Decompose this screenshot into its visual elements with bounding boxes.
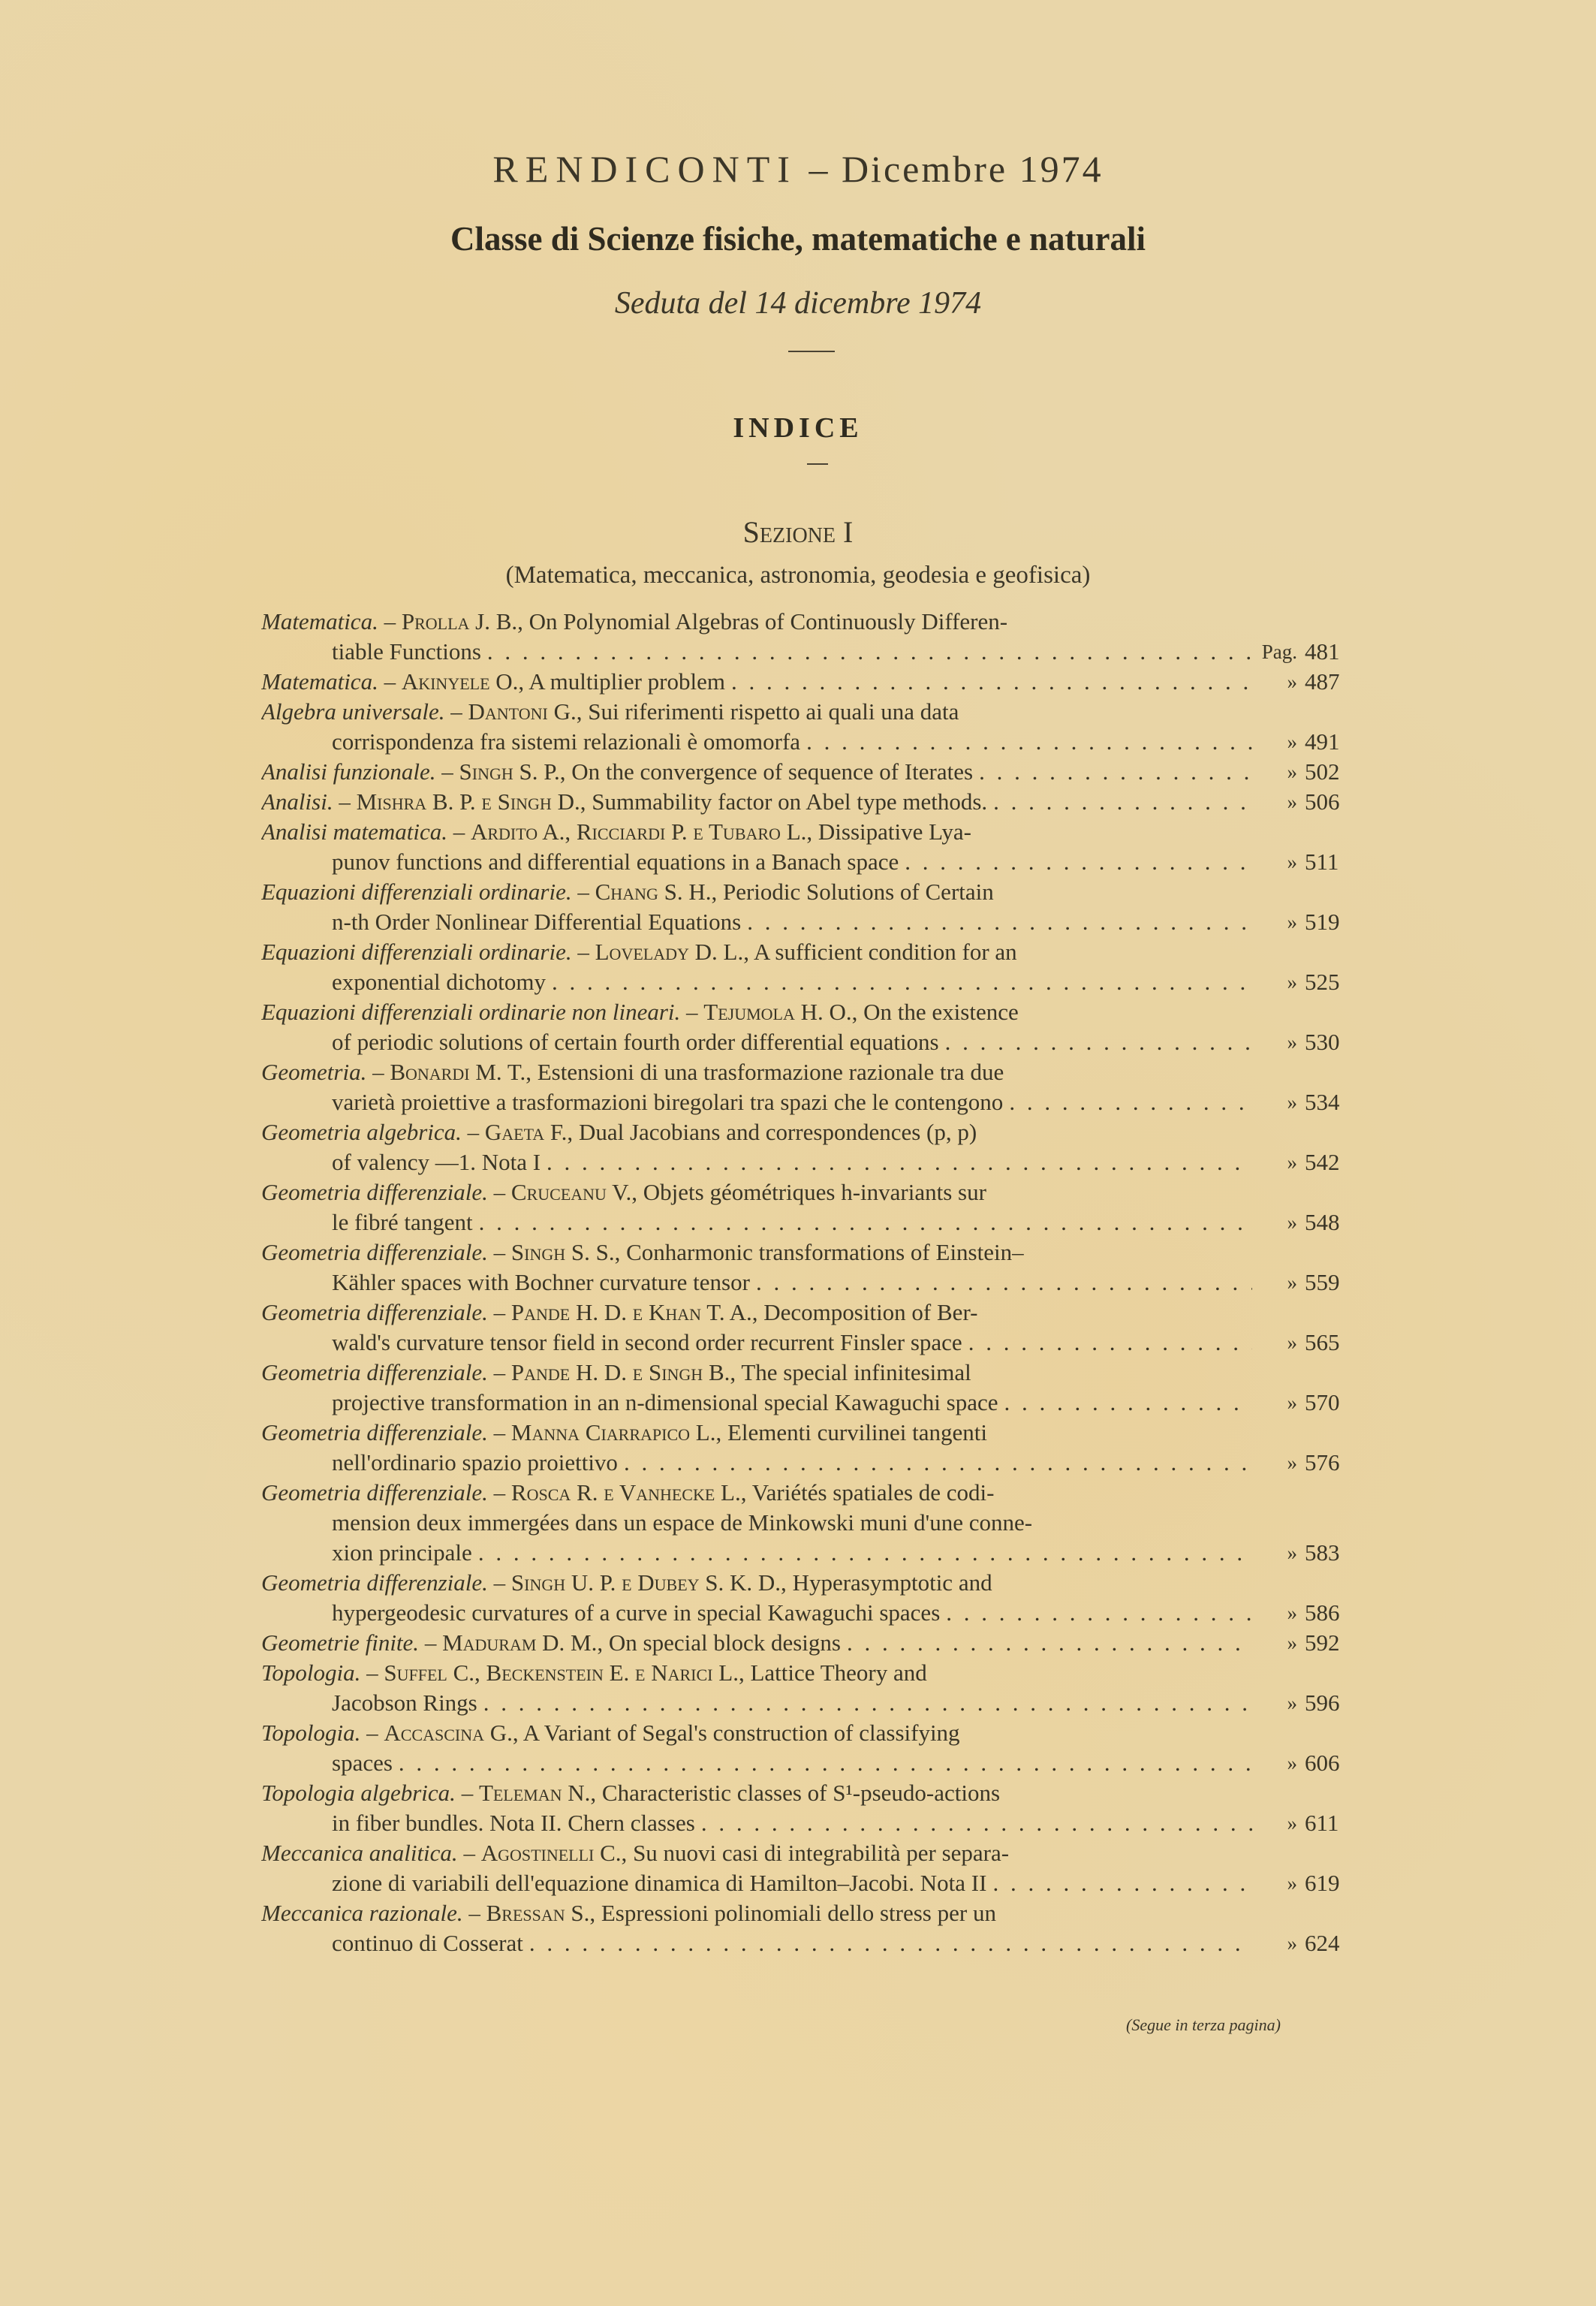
page-number: 530 bbox=[1305, 1027, 1357, 1057]
entry-title: xion principale bbox=[332, 1538, 472, 1568]
entry-category: Matematica. bbox=[261, 668, 378, 695]
toc-entry[interactable]: Geometria differenziale. – Singh U. P. e… bbox=[261, 1568, 1357, 1628]
entry-first-line: Geometria algebrica. – Gaeta F., Dual Ja… bbox=[261, 1117, 1252, 1147]
entry-authors: Rosca R. e Vanhecke L., bbox=[511, 1479, 747, 1506]
leader-dots bbox=[529, 1928, 1252, 1958]
entry-continuation-line: of periodic solutions of certain fourth … bbox=[261, 1027, 1252, 1057]
class-title: Classe di Scienze fisiche, matematiche e… bbox=[0, 219, 1596, 258]
entry-first-line: Geometria differenziale. – Manna Ciarrap… bbox=[261, 1418, 1252, 1448]
leader-dots bbox=[624, 1448, 1252, 1478]
entry-continuation-line: continuo di Cosserat bbox=[261, 1928, 1252, 1958]
entry-category: Topologia. bbox=[261, 1659, 360, 1686]
page-number: 542 bbox=[1305, 1147, 1357, 1177]
session-date: Seduta del 14 dicembre 1974 bbox=[0, 285, 1596, 321]
page-number: 487 bbox=[1305, 667, 1357, 697]
entry-continuation-line: Kähler spaces with Bochner curvature ten… bbox=[261, 1268, 1252, 1298]
ditto-mark: » bbox=[1245, 1328, 1297, 1358]
entry-title: Characteristic classes of S¹-pseudo-acti… bbox=[596, 1780, 1000, 1806]
entry-continuation-line: zione di variabili dell'equazione dinami… bbox=[261, 1868, 1252, 1898]
entry-title: A sufficient condition for an bbox=[749, 939, 1017, 965]
toc-entry[interactable]: Topologia. – Suffel C., Beckenstein E. e… bbox=[261, 1658, 1357, 1718]
entry-title: le fibré tangent bbox=[332, 1207, 473, 1237]
entry-title: mension deux immergées dans un espace de… bbox=[332, 1508, 1032, 1538]
entry-category: Matematica. bbox=[261, 608, 378, 635]
entry-title: of periodic solutions of certain fourth … bbox=[332, 1027, 939, 1057]
entry-title: Kähler spaces with Bochner curvature ten… bbox=[332, 1268, 750, 1298]
toc-entry[interactable]: Geometria. – Bonardi M. T., Estensioni d… bbox=[261, 1057, 1357, 1117]
page-reference: »511 bbox=[1245, 847, 1357, 877]
leader-dots bbox=[479, 1207, 1252, 1237]
entry-category: Topologia. bbox=[261, 1720, 360, 1746]
page-number: 559 bbox=[1305, 1268, 1357, 1298]
entry-category: Geometria differenziale. bbox=[261, 1299, 488, 1325]
ditto-mark: » bbox=[1245, 907, 1297, 937]
entry-first-line: Algebra universale. – Dantoni G., Sui ri… bbox=[261, 697, 1252, 727]
leader-dots bbox=[847, 1628, 1252, 1658]
ditto-mark: » bbox=[1245, 1388, 1297, 1418]
page-number: 606 bbox=[1305, 1748, 1357, 1778]
page-reference: »583 bbox=[1245, 1538, 1357, 1568]
page-number: 534 bbox=[1305, 1087, 1357, 1117]
entry-title: The special infinitesimal bbox=[736, 1359, 971, 1385]
entry-authors: Accascina G., bbox=[384, 1720, 518, 1746]
entry-title: Dual Jacobians and correspondences (p, p… bbox=[573, 1119, 977, 1145]
ditto-mark: » bbox=[1245, 1748, 1297, 1778]
divider bbox=[807, 463, 828, 465]
page-reference: »606 bbox=[1245, 1748, 1357, 1778]
entry-first-line: Equazioni differenziali ordinarie. – Lov… bbox=[261, 937, 1252, 967]
page-reference: »596 bbox=[1245, 1688, 1357, 1718]
leader-dots bbox=[1004, 1388, 1253, 1418]
page-reference: »559 bbox=[1245, 1268, 1357, 1298]
page-reference: »534 bbox=[1245, 1087, 1357, 1117]
leader-dots bbox=[945, 1027, 1252, 1057]
entry-continuation-line: spaces bbox=[261, 1748, 1252, 1778]
page-reference: »570 bbox=[1245, 1388, 1357, 1418]
toc-entry[interactable]: Geometria differenziale. – Pande H. D. e… bbox=[261, 1358, 1357, 1418]
ditto-mark: » bbox=[1245, 667, 1297, 697]
entry-category: Topologia algebrica. bbox=[261, 1780, 456, 1806]
continuation-note: (Segue in terza pagina) bbox=[1126, 2015, 1281, 2035]
entry-category: Geometria. bbox=[261, 1059, 366, 1085]
leader-dots bbox=[1009, 1087, 1252, 1117]
entry-authors: Prolla J. B., bbox=[402, 608, 523, 635]
entry-authors: Singh U. P. e Dubey S. K. D., bbox=[511, 1569, 787, 1596]
entry-title: Objets géométriques h-invariants sur bbox=[637, 1179, 986, 1205]
ditto-mark: » bbox=[1245, 1688, 1297, 1718]
ditto-mark: » bbox=[1245, 1808, 1297, 1838]
toc-entry[interactable]: Matematica. – Prolla J. B., On Polynomia… bbox=[261, 607, 1357, 667]
table-of-contents: Matematica. – Prolla J. B., On Polynomia… bbox=[261, 607, 1357, 1958]
entry-first-line: Topologia. – Suffel C., Beckenstein E. e… bbox=[261, 1658, 1252, 1688]
entry-authors: Pande H. D. e Singh B., bbox=[511, 1359, 736, 1385]
page-number: 502 bbox=[1305, 757, 1357, 787]
entry-authors: Mishra B. P. e Singh D., bbox=[357, 788, 586, 815]
entry-category: Equazioni differenziali ordinarie. bbox=[261, 879, 572, 905]
entry-category: Geometria differenziale. bbox=[261, 1239, 488, 1265]
ditto-mark: » bbox=[1245, 1147, 1297, 1177]
entry-title: Elementi curvilinei tangenti bbox=[721, 1419, 987, 1445]
entry-continuation-line: nell'ordinario spazio proiettivo bbox=[261, 1448, 1252, 1478]
entry-category: Analisi funzionale. bbox=[261, 758, 436, 785]
toc-entry[interactable]: Geometria differenziale. – Rosca R. e Va… bbox=[261, 1478, 1357, 1568]
entry-authors: Chang S. H., bbox=[595, 879, 718, 905]
page-reference: »502 bbox=[1245, 757, 1357, 787]
entry-title: zione di variabili dell'equazione dinami… bbox=[332, 1868, 986, 1898]
entry-title: Lattice Theory and bbox=[745, 1659, 927, 1686]
entry-first-line: Analisi matematica. – Ardito A., Ricciar… bbox=[261, 817, 1252, 847]
entry-category: Geometria algebrica. bbox=[261, 1119, 462, 1145]
page-reference: »586 bbox=[1245, 1598, 1357, 1628]
entry-first-line: Geometria differenziale. – Rosca R. e Va… bbox=[261, 1478, 1252, 1508]
page-reference: »624 bbox=[1245, 1928, 1357, 1958]
entry-authors: Bonardi M. T., bbox=[390, 1059, 531, 1085]
toc-entry[interactable]: Geometria differenziale. – Pande H. D. e… bbox=[261, 1298, 1357, 1358]
toc-entry[interactable]: Equazioni differenziali ordinarie non li… bbox=[261, 997, 1357, 1057]
entry-title: projective transformation in an n-dimens… bbox=[332, 1388, 998, 1418]
leader-dots bbox=[946, 1598, 1252, 1628]
entry-first-line: Matematica. – Akinyele O., A multiplier … bbox=[261, 667, 1252, 697]
entry-title: Conharmonic transformations of Einstein– bbox=[620, 1239, 1023, 1265]
entry-category: Geometria differenziale. bbox=[261, 1179, 488, 1205]
page-reference: Pag.481 bbox=[1245, 637, 1357, 667]
ditto-mark: » bbox=[1245, 1448, 1297, 1478]
leader-dots bbox=[905, 847, 1252, 877]
entry-category: Geometria differenziale. bbox=[261, 1569, 488, 1596]
page-label: Pag. bbox=[1245, 637, 1297, 667]
leader-dots bbox=[968, 1328, 1252, 1358]
leader-dots bbox=[992, 1868, 1252, 1898]
entry-authors: Manna Ciarrapico L., bbox=[511, 1419, 721, 1445]
leader-dots bbox=[806, 727, 1252, 757]
page-number: 619 bbox=[1305, 1868, 1357, 1898]
toc-entry[interactable]: Analisi matematica. – Ardito A., Ricciar… bbox=[261, 817, 1357, 877]
page-number: 491 bbox=[1305, 727, 1357, 757]
entry-title: wald's curvature tensor field in second … bbox=[332, 1328, 962, 1358]
entry-authors: Singh S. S., bbox=[511, 1239, 620, 1265]
page-reference: »506 bbox=[1245, 787, 1357, 817]
toc-entry[interactable]: Geometria algebrica. – Gaeta F., Dual Ja… bbox=[261, 1117, 1357, 1177]
page-reference: »491 bbox=[1245, 727, 1357, 757]
entry-category: Geometria differenziale. bbox=[261, 1479, 488, 1506]
entry-continuation-line: exponential dichotomy bbox=[261, 967, 1252, 997]
ditto-mark: » bbox=[1245, 847, 1297, 877]
entry-category: Meccanica analitica. bbox=[261, 1840, 458, 1866]
entry-first-line: Geometrie finite. – Maduram D. M., On sp… bbox=[261, 1628, 1252, 1658]
entry-category: Equazioni differenziali ordinarie non li… bbox=[261, 999, 680, 1025]
entry-title: Hyperasymptotic and bbox=[787, 1569, 992, 1596]
ditto-mark: » bbox=[1245, 1087, 1297, 1117]
leader-dots bbox=[552, 967, 1252, 997]
entry-continuation-line: hypergeodesic curvatures of a curve in s… bbox=[261, 1598, 1252, 1628]
ditto-mark: » bbox=[1245, 1538, 1297, 1568]
entry-title: Jacobson Rings bbox=[332, 1688, 477, 1718]
page-number: 570 bbox=[1305, 1388, 1357, 1418]
page-number: 481 bbox=[1305, 637, 1357, 667]
entry-first-line: Geometria differenziale. – Pande H. D. e… bbox=[261, 1298, 1252, 1328]
page-reference: »619 bbox=[1245, 1868, 1357, 1898]
journal-header: RENDICONTI – Dicembre 1974 bbox=[0, 147, 1596, 191]
entry-authors: Tejumola H. O., bbox=[703, 999, 857, 1025]
page-reference: »565 bbox=[1245, 1328, 1357, 1358]
page-number: 506 bbox=[1305, 787, 1357, 817]
entry-title: Periodic Solutions of Certain bbox=[717, 879, 994, 905]
ditto-mark: » bbox=[1245, 1027, 1297, 1057]
leader-dots bbox=[478, 1538, 1252, 1568]
entry-continuation-line: projective transformation in an n-dimens… bbox=[261, 1388, 1252, 1418]
toc-entry[interactable]: Equazioni differenziali ordinarie. – Cha… bbox=[261, 877, 1357, 937]
ditto-mark: » bbox=[1245, 757, 1297, 787]
entry-title: Dissipative Lya- bbox=[812, 818, 971, 845]
entry-first-line: Geometria differenziale. – Pande H. D. e… bbox=[261, 1358, 1252, 1388]
entry-first-line: Geometria differenziale. – Cruceanu V., … bbox=[261, 1177, 1252, 1207]
ditto-mark: » bbox=[1245, 1868, 1297, 1898]
entry-title: A Variant of Segal's construction of cla… bbox=[519, 1720, 960, 1746]
leader-dots bbox=[483, 1688, 1252, 1718]
toc-entry[interactable]: Meccanica razionale. – Bressan S., Espre… bbox=[261, 1898, 1357, 1958]
entry-authors: Teleman N., bbox=[479, 1780, 596, 1806]
entry-continuation-line: of valency —1. Nota I bbox=[261, 1147, 1252, 1177]
toc-entry[interactable]: Matematica. – Akinyele O., A multiplier … bbox=[261, 667, 1357, 697]
entry-title: of valency —1. Nota I bbox=[332, 1147, 541, 1177]
entry-title: tiable Functions bbox=[332, 637, 481, 667]
toc-entry[interactable]: Meccanica analitica. – Agostinelli C., S… bbox=[261, 1838, 1357, 1898]
entry-first-line: Geometria. – Bonardi M. T., Estensioni d… bbox=[261, 1057, 1252, 1087]
entry-category: Geometrie finite. bbox=[261, 1629, 419, 1656]
entry-first-line: Equazioni differenziali ordinarie non li… bbox=[261, 997, 1252, 1027]
entry-continuation-line: corrispondenza fra sistemi relazionali è… bbox=[261, 727, 1252, 757]
index-title: INDICE bbox=[0, 411, 1596, 445]
page-number: 565 bbox=[1305, 1328, 1357, 1358]
entry-title: On the existence bbox=[857, 999, 1018, 1025]
toc-entry[interactable]: Geometria differenziale. – Manna Ciarrap… bbox=[261, 1418, 1357, 1478]
section-title: Sezione I bbox=[0, 514, 1596, 550]
page-number: 592 bbox=[1305, 1628, 1357, 1658]
entry-continuation-line: n-th Order Nonlinear Differential Equati… bbox=[261, 907, 1252, 937]
page-reference: »548 bbox=[1245, 1207, 1357, 1237]
entry-title: in fiber bundles. Nota II. Chern classes bbox=[332, 1808, 695, 1838]
entry-first-line: Analisi funzionale. – Singh S. P., On th… bbox=[261, 757, 1252, 787]
ditto-mark: » bbox=[1245, 1268, 1297, 1298]
entry-continuation-line: mension deux immergées dans un espace de… bbox=[261, 1508, 1252, 1538]
entry-authors: Cruceanu V., bbox=[511, 1179, 637, 1205]
page-number: 511 bbox=[1305, 847, 1357, 877]
entry-title: Su nuovi casi di integrabilità per separ… bbox=[627, 1840, 1009, 1866]
entry-continuation-line: wald's curvature tensor field in second … bbox=[261, 1328, 1252, 1358]
toc-entry[interactable]: Analisi. – Mishra B. P. e Singh D., Summ… bbox=[261, 787, 1357, 817]
entry-continuation-line: in fiber bundles. Nota II. Chern classes bbox=[261, 1808, 1252, 1838]
entry-continuation-line: xion principale bbox=[261, 1538, 1252, 1568]
entry-category: Meccanica razionale. bbox=[261, 1900, 463, 1926]
entry-title: hypergeodesic curvatures of a curve in s… bbox=[332, 1598, 940, 1628]
entry-authors: Suffel C., Beckenstein E. e Narici L., bbox=[384, 1659, 744, 1686]
entry-continuation-line: varietà proiettive a trasformazioni bire… bbox=[261, 1087, 1252, 1117]
entry-title: On Polynomial Algebras of Continuously D… bbox=[523, 608, 1007, 635]
entry-title: Variétés spatiales de codi- bbox=[747, 1479, 995, 1506]
entry-first-line: Geometria differenziale. – Singh S. S., … bbox=[261, 1237, 1252, 1268]
entry-authors: Ardito A., Ricciardi P. e Tubaro L., bbox=[471, 818, 812, 845]
leader-dots bbox=[701, 1808, 1252, 1838]
ditto-mark: » bbox=[1245, 1928, 1297, 1958]
page-reference: »519 bbox=[1245, 907, 1357, 937]
entry-category: Analisi. bbox=[261, 788, 333, 815]
entry-authors: Gaeta F., bbox=[485, 1119, 573, 1145]
entry-authors: Pande H. D. e Khan T. A., bbox=[511, 1299, 758, 1325]
leader-dots bbox=[979, 757, 1252, 787]
entry-continuation-line: punov functions and differential equatio… bbox=[261, 847, 1252, 877]
section-subjects: (Matematica, meccanica, astronomia, geod… bbox=[0, 562, 1596, 589]
entry-first-line: Geometria differenziale. – Singh U. P. e… bbox=[261, 1568, 1252, 1598]
entry-first-line: Topologia algebrica. – Teleman N., Chara… bbox=[261, 1778, 1252, 1808]
entry-continuation-line: le fibré tangent bbox=[261, 1207, 1252, 1237]
entry-authors: Dantoni G., bbox=[468, 698, 583, 725]
ditto-mark: » bbox=[1245, 967, 1297, 997]
entry-title: varietà proiettive a trasformazioni bire… bbox=[332, 1087, 1003, 1117]
entry-title: Decomposition of Ber- bbox=[758, 1299, 978, 1325]
page-number: 525 bbox=[1305, 967, 1357, 997]
toc-entry[interactable]: Geometria differenziale. – Cruceanu V., … bbox=[261, 1177, 1357, 1237]
leader-dots bbox=[747, 907, 1252, 937]
page-reference: »530 bbox=[1245, 1027, 1357, 1057]
toc-entry[interactable]: Analisi funzionale. – Singh S. P., On th… bbox=[261, 757, 1357, 787]
entry-first-line: Equazioni differenziali ordinarie. – Cha… bbox=[261, 877, 1252, 907]
leader-dots bbox=[487, 637, 1252, 667]
entry-title: nell'ordinario spazio proiettivo bbox=[332, 1448, 618, 1478]
entry-title: Estensioni di una trasformazione raziona… bbox=[531, 1059, 1004, 1085]
page-reference: »525 bbox=[1245, 967, 1357, 997]
journal-title: RENDICONTI bbox=[492, 148, 797, 190]
leader-dots bbox=[756, 1268, 1252, 1298]
ditto-mark: » bbox=[1245, 1598, 1297, 1628]
entry-continuation-line: Jacobson Rings bbox=[261, 1688, 1252, 1718]
page-number: 624 bbox=[1305, 1928, 1357, 1958]
entry-title: On the convergence of sequence of Iterat… bbox=[566, 758, 974, 785]
leader-dots bbox=[731, 667, 1252, 697]
entry-title: corrispondenza fra sistemi relazionali è… bbox=[332, 727, 800, 757]
entry-category: Equazioni differenziali ordinarie. bbox=[261, 939, 572, 965]
entry-authors: Akinyele O., bbox=[402, 668, 524, 695]
entry-first-line: Meccanica razionale. – Bressan S., Espre… bbox=[261, 1898, 1252, 1928]
page-number: 611 bbox=[1305, 1808, 1357, 1838]
entry-first-line: Topologia. – Accascina G., A Variant of … bbox=[261, 1718, 1252, 1748]
page-reference: »542 bbox=[1245, 1147, 1357, 1177]
toc-entry[interactable]: Geometrie finite. – Maduram D. M., On sp… bbox=[261, 1628, 1357, 1658]
ditto-mark: » bbox=[1245, 1628, 1297, 1658]
toc-entry[interactable]: Topologia. – Accascina G., A Variant of … bbox=[261, 1718, 1357, 1778]
toc-entry[interactable]: Equazioni differenziali ordinarie. – Lov… bbox=[261, 937, 1357, 997]
toc-entry[interactable]: Topologia algebrica. – Teleman N., Chara… bbox=[261, 1778, 1357, 1838]
page-reference: »611 bbox=[1245, 1808, 1357, 1838]
entry-category: Geometria differenziale. bbox=[261, 1419, 488, 1445]
toc-entry[interactable]: Algebra universale. – Dantoni G., Sui ri… bbox=[261, 697, 1357, 757]
entry-title: exponential dichotomy bbox=[332, 967, 546, 997]
page-reference: »592 bbox=[1245, 1628, 1357, 1658]
entry-title: n-th Order Nonlinear Differential Equati… bbox=[332, 907, 741, 937]
entry-title: A multiplier problem bbox=[524, 668, 725, 695]
page-number: 596 bbox=[1305, 1688, 1357, 1718]
entry-first-line: Meccanica analitica. – Agostinelli C., S… bbox=[261, 1838, 1252, 1868]
page-number: 548 bbox=[1305, 1207, 1357, 1237]
leader-dots bbox=[993, 787, 1252, 817]
entry-continuation-line: tiable Functions bbox=[261, 637, 1252, 667]
entry-category: Geometria differenziale. bbox=[261, 1359, 488, 1385]
page-number: 576 bbox=[1305, 1448, 1357, 1478]
journal-issue: – Dicembre 1974 bbox=[809, 148, 1103, 190]
page-reference: »487 bbox=[1245, 667, 1357, 697]
entry-first-line: Matematica. – Prolla J. B., On Polynomia… bbox=[261, 607, 1252, 637]
entry-category: Analisi matematica. bbox=[261, 818, 447, 845]
page-reference: »576 bbox=[1245, 1448, 1357, 1478]
entry-first-line: Analisi. – Mishra B. P. e Singh D., Summ… bbox=[261, 787, 1252, 817]
ditto-mark: » bbox=[1245, 727, 1297, 757]
ditto-mark: » bbox=[1245, 787, 1297, 817]
entry-category: Algebra universale. bbox=[261, 698, 445, 725]
entry-authors: Lovelady D. L., bbox=[595, 939, 749, 965]
toc-entry[interactable]: Geometria differenziale. – Singh S. S., … bbox=[261, 1237, 1357, 1298]
entry-authors: Singh S. P., bbox=[459, 758, 566, 785]
ditto-mark: » bbox=[1245, 1207, 1297, 1237]
entry-title: On special block designs bbox=[603, 1629, 841, 1656]
leader-dots bbox=[547, 1147, 1252, 1177]
divider bbox=[788, 351, 835, 352]
entry-authors: Maduram D. M., bbox=[442, 1629, 603, 1656]
entry-title: Summability factor on Abel type methods. bbox=[586, 788, 987, 815]
document-page: RENDICONTI – Dicembre 1974 Classe di Sci… bbox=[0, 0, 1596, 2306]
page-number: 583 bbox=[1305, 1538, 1357, 1568]
entry-title: Sui riferimenti rispetto ai quali una da… bbox=[582, 698, 959, 725]
entry-title: continuo di Cosserat bbox=[332, 1928, 523, 1958]
entry-title: Espressioni polinomiali dello stress per… bbox=[595, 1900, 996, 1926]
entry-authors: Agostinelli C., bbox=[481, 1840, 628, 1866]
leader-dots bbox=[399, 1748, 1252, 1778]
page-number: 586 bbox=[1305, 1598, 1357, 1628]
entry-title: spaces bbox=[332, 1748, 393, 1778]
entry-authors: Bressan S., bbox=[486, 1900, 596, 1926]
page-number: 519 bbox=[1305, 907, 1357, 937]
entry-title: punov functions and differential equatio… bbox=[332, 847, 899, 877]
